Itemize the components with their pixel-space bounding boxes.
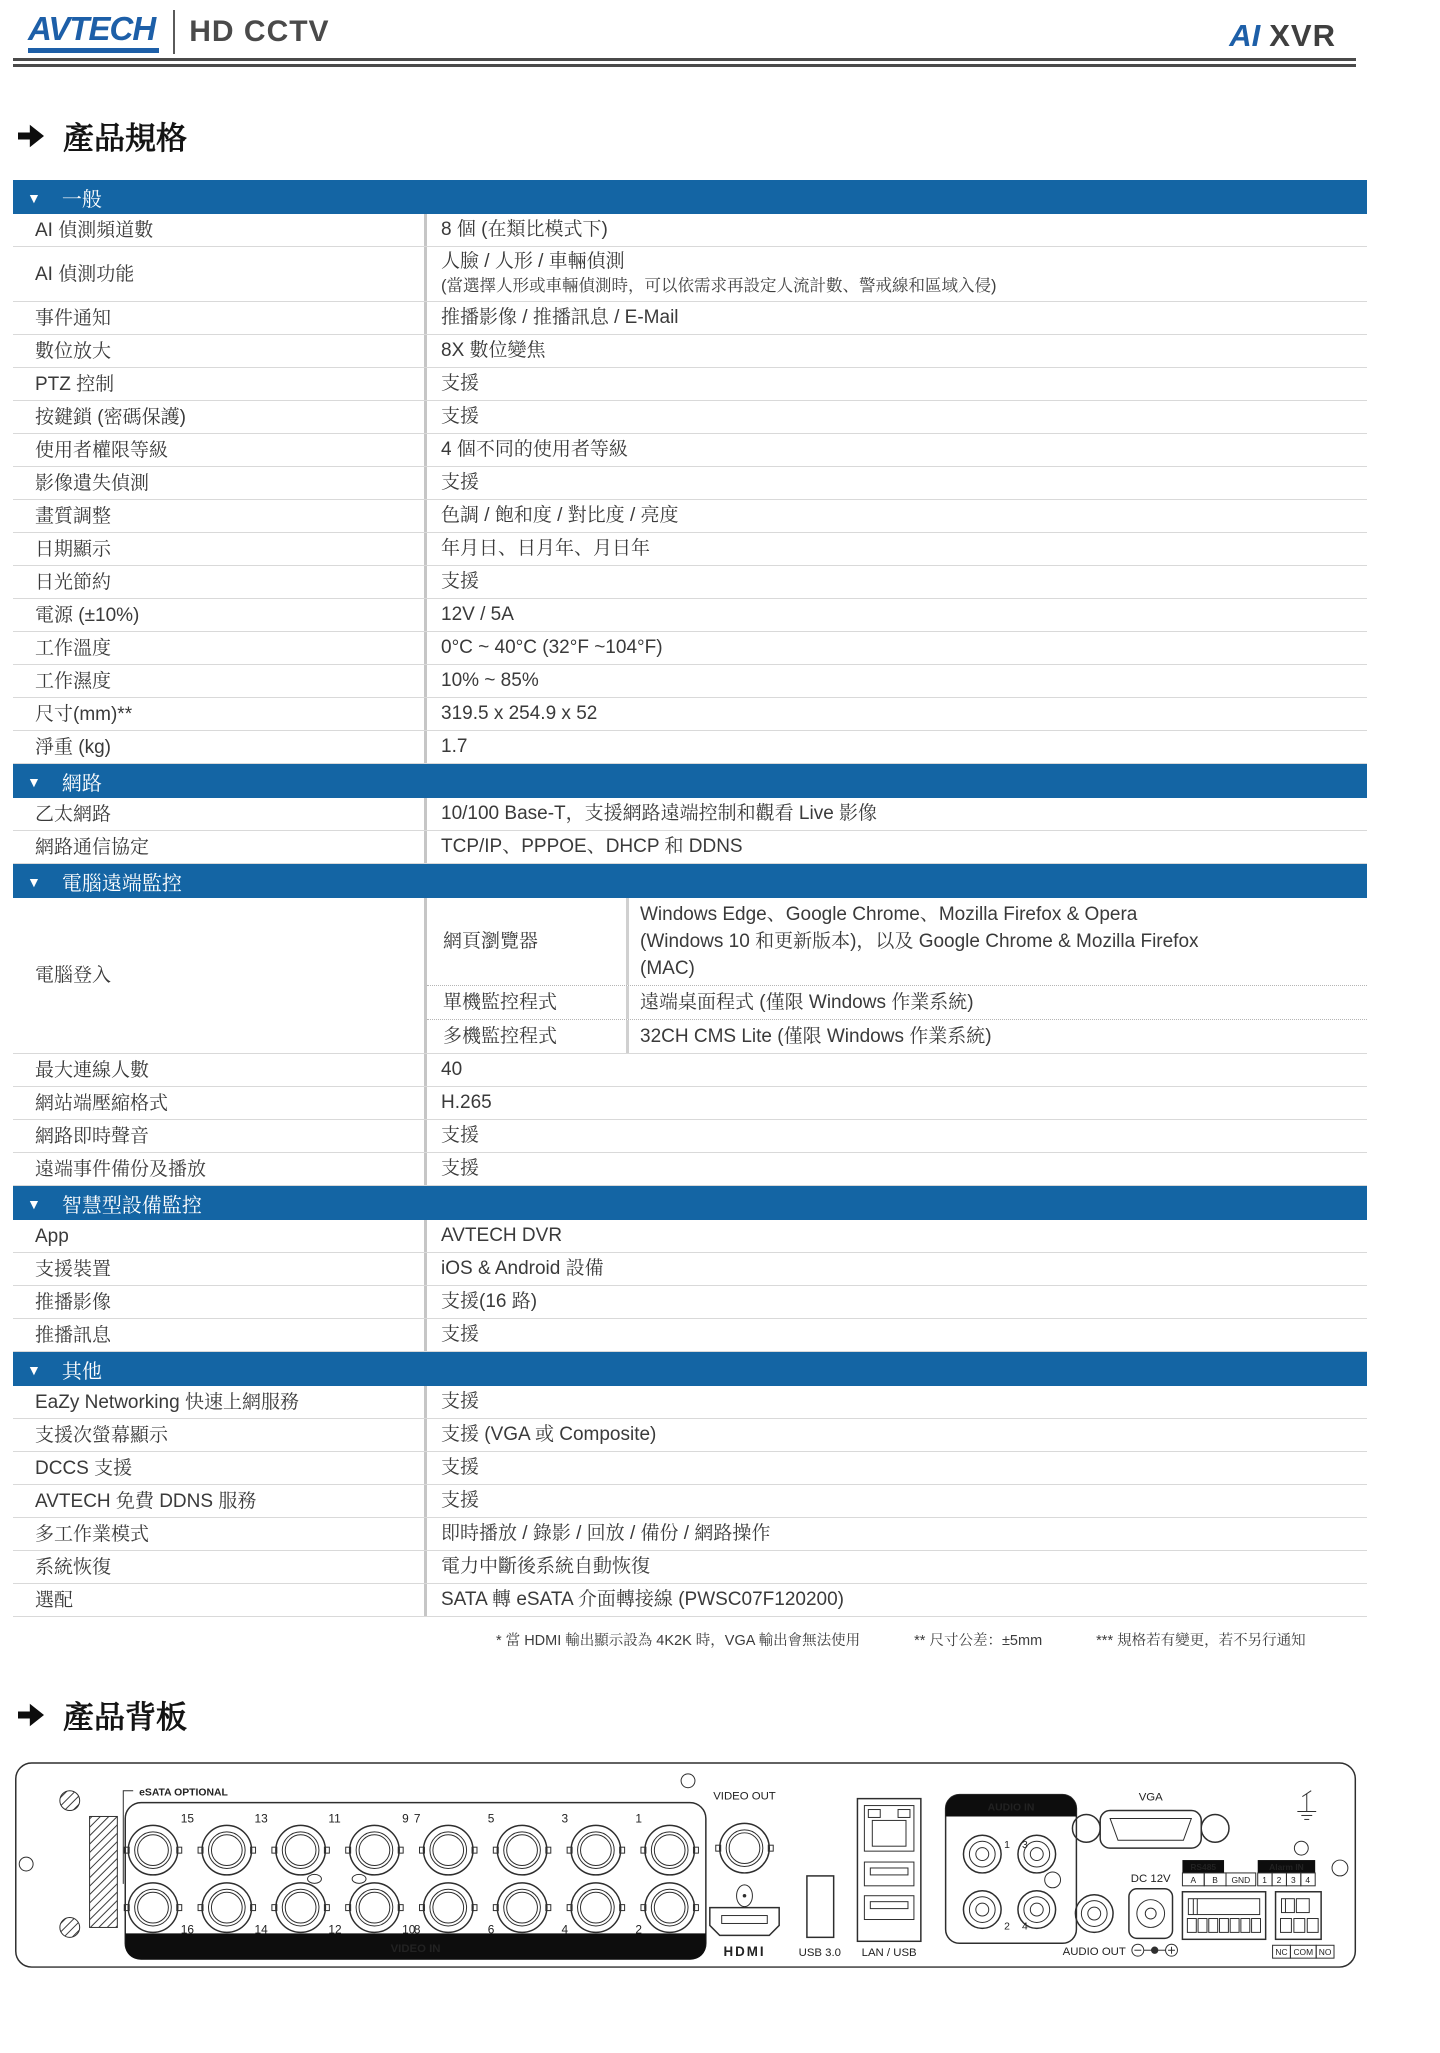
usb-port [864,1896,914,1920]
brand-logo: AVTECH HD CCTV [28,10,330,54]
spec-row: 使用者權限等級4 個不同的使用者等級 [13,434,1367,467]
terminal-pin [1198,1919,1207,1933]
footnote-1: * 當 HDMI 輸出顯示設為 4K2K 時，VGA 輸出會無法使用 [496,1629,860,1650]
spec-row-value: 支援 [427,1319,1367,1351]
spec-row-value: 支援 [427,467,1367,499]
spec-row-value: 支援 [427,1452,1367,1484]
bnc-ring [507,1835,538,1866]
bnc-ring [645,1883,695,1933]
bnc-ring [423,1883,473,1933]
bnc-ring [202,1883,252,1933]
avtech-logo: AVTECH [28,12,159,53]
audio-out-connector [1075,1895,1113,1933]
spec-row-value: 4 個不同的使用者等級 [427,434,1367,466]
spec-row: 日期顯示年月日、日月年、月日年 [13,533,1367,566]
spec-section-title-text: 智慧型設備監控 [62,1189,202,1218]
spec-row: 畫質調整色調 / 飽和度 / 對比度 / 亮度 [13,500,1367,533]
spec-row-label: 淨重 (kg) [13,731,427,763]
spec-row-label: 電腦登入 [13,898,427,1053]
alarm-pin-label: 2 [1277,1875,1282,1885]
spec-row-value-text: 支援 [441,371,1359,397]
spec-row-label: PTZ 控制 [13,368,427,400]
bnc-ring [282,1832,319,1869]
alarm-pin-label: 3 [1291,1875,1296,1885]
spec-row-value-text: 12V / 5A [441,602,1359,628]
usb3-label: USB 3.0 [799,1947,841,1959]
spec-row: AI 偵測功能人臉 / 人形 / 車輛偵測(當選擇人形或車輛偵測時，可以依需求再… [13,247,1367,302]
bnc-ring [211,1892,242,1923]
relay-pin [1307,1919,1318,1933]
ai-logo-text: AI [1229,18,1260,53]
spec-row-value: 支援 [427,401,1367,433]
spec-row-label: AVTECH 免費 DDNS 服務 [13,1485,427,1517]
bnc-ring [651,1889,688,1926]
audio-in-group [946,1795,1077,1944]
bnc-ring [571,1825,621,1875]
spec-row-value: 人臉 / 人形 / 車輛偵測(當選擇人形或車輛偵測時，可以依需求再設定人流計數、… [427,247,1367,301]
audio-channel-number: 4 [1022,1921,1028,1932]
spec-row-label: EaZy Networking 快速上網服務 [13,1386,427,1418]
spec-row-value: H.265 [427,1087,1367,1119]
spec-subrow-value: 32CH CMS Lite (僅限 Windows 作業系統) [629,1020,1356,1053]
spec-row-value-text: H.265 [441,1090,1359,1116]
spec-row-label: 最大連線人數 [13,1054,427,1086]
bnc-ring [430,1889,467,1926]
bnc-channel-number: 1 [635,1811,642,1825]
bnc-ring [497,1883,547,1933]
bnc-ring [135,1832,172,1869]
terminal-squares [1187,1919,1260,1933]
bnc-ring [507,1892,538,1923]
alarm-pins: 1234 [1258,1873,1315,1886]
spec-row-value: 10% ~ 85% [427,665,1367,697]
spec-row-value: 支援 [427,368,1367,400]
spec-row: 網路即時聲音支援 [13,1120,1367,1153]
polarity-icon [1132,1944,1178,1956]
spec-row: 乙太網路10/100 Base-T，支援網路遠端控制和觀看 Live 影像 [13,798,1367,831]
spec-row: AppAVTECH DVR [13,1220,1367,1253]
bnc-ring [504,1832,541,1869]
spec-row-label: 畫質調整 [13,500,427,532]
terminal-slot [1188,1899,1259,1915]
bnc-ring [359,1892,390,1923]
spec-row-value: 支援 [427,566,1367,598]
spec-row-value-text: 支援 [441,1488,1359,1514]
hdmi-port [710,1908,779,1936]
spec-row-label: 支援次螢幕顯示 [13,1419,427,1451]
bnc-ring [423,1825,473,1875]
mount-hole [1294,1841,1308,1855]
spec-row-label: 支援裝置 [13,1253,427,1285]
relay-pin [1281,1919,1292,1933]
spec-row-value: 年月日、日月年、月日年 [427,533,1367,565]
bnc-channel-number: 12 [328,1922,341,1936]
spec-row-value: 電力中斷後系統自動恢復 [427,1551,1367,1583]
section-marker-icon: ▼ [27,774,41,790]
relay-label: NO [1319,1947,1332,1957]
spec-row-label: DCCS 支援 [13,1452,427,1484]
spec-row-value-text: 支援 [441,1156,1359,1182]
alarm-in-label: Alarm IN [1269,1862,1304,1872]
footnote-2: ** 尺寸公差：±5mm [914,1629,1042,1650]
spec-subrow-label: 多機監控程式 [427,1020,629,1053]
spec-row-value-text: 319.5 x 254.9 x 52 [441,701,1359,727]
bnc-ring [581,1892,612,1923]
spec-subrow: 網頁瀏覽器Windows Edge、Google Chrome、Mozilla … [427,898,1367,986]
bnc-ring [356,1889,393,1926]
header-double-rule [13,58,1356,67]
spec-row-value: 0°C ~ 40°C (32°F ~104°F) [427,632,1367,664]
spec-row-label: 工作溫度 [13,632,427,664]
rear-section-title: 產品背板 [16,1692,1440,1737]
spec-row-value: SATA 轉 eSATA 介面轉接線 (PWSC07F120200) [427,1584,1367,1616]
rca-jack [976,1903,989,1916]
vent-hole [308,1874,322,1883]
usb-port-slot [870,1902,908,1909]
spec-row-label: 推播影像 [13,1286,427,1318]
spec-row-value-text: 支援 [441,569,1359,595]
bnc-ring [581,1835,612,1866]
hdmi-screw-dot [743,1894,747,1898]
spec-row-value-text: 支援 [441,1455,1359,1481]
spec-row-value-text: 支援 [441,1123,1359,1149]
rs485-pin-label: A [1191,1875,1197,1885]
audio-channel-number: 2 [1004,1921,1010,1932]
audio-out-label: AUDIO OUT [1063,1946,1126,1958]
spec-row: 工作溫度0°C ~ 40°C (32°F ~104°F) [13,632,1367,665]
bnc-ring [726,1830,763,1867]
spec-row: 推播影像支援(16 路) [13,1286,1367,1319]
spec-row-label: 尺寸(mm)** [13,698,427,730]
spec-row: 淨重 (kg)1.7 [13,731,1367,764]
spec-section-title-text: 電腦遠端監控 [62,867,182,896]
footnotes: * 當 HDMI 輸出顯示設為 4K2K 時，VGA 輸出會無法使用 ** 尺寸… [496,1629,1440,1650]
bnc-ring [356,1832,393,1869]
bnc-ring [350,1883,400,1933]
spec-row-label: AI 偵測功能 [13,247,427,301]
spec-row: 多工作業模式即時播放 / 錄影 / 回放 / 備份 / 網路操作 [13,1518,1367,1551]
spec-row-value-text: TCP/IP、PPPOE、DHCP 和 DDNS [441,834,1359,860]
bnc-field: 15131197531161412108642 [124,1811,698,1936]
spec-row: 電腦登入網頁瀏覽器Windows Edge、Google Chrome、Mozi… [13,898,1367,1054]
spec-row-label: 系統恢復 [13,1551,427,1583]
logo-divider [173,10,175,54]
bnc-ring [208,1889,245,1926]
spec-table: ▼一般AI 偵測頻道數8 個 (在類比模式下)AI 偵測功能人臉 / 人形 / … [13,180,1367,1617]
bnc-ring [208,1832,245,1869]
spec-row-value: 10/100 Base-T，支援網路遠端控制和觀看 Live 影像 [427,798,1367,830]
bnc-ring [651,1832,688,1869]
bnc-channel-number: 4 [562,1922,569,1936]
rs485-label: RS485 [1190,1862,1216,1872]
usb-port-slot [870,1868,908,1875]
bnc-ring [720,1823,770,1873]
spec-row-nested: 網頁瀏覽器Windows Edge、Google Chrome、Mozilla … [427,898,1367,1053]
terminal-pin [1241,1919,1250,1933]
spec-row-value-text: 支援(16 路) [441,1289,1359,1315]
spec-row: 按鍵鎖 (密碼保護)支援 [13,401,1367,434]
vga-connector [1100,1811,1201,1849]
section-marker-icon: ▼ [27,190,41,206]
spec-row-value: 支援(16 路) [427,1286,1367,1318]
rca-jack [969,1841,995,1867]
spec-row-value-text: AVTECH DVR [441,1223,1359,1249]
bnc-ring [497,1825,547,1875]
screw-icon [60,1918,80,1938]
spec-row-value: iOS & Android 設備 [427,1253,1367,1285]
spec-subrow-label: 網頁瀏覽器 [427,898,629,985]
spec-row-value-text: 10% ~ 85% [441,668,1359,694]
spec-row-label: 遠端事件備份及播放 [13,1153,427,1185]
spec-row-label: 網站端壓縮格式 [13,1087,427,1119]
rca-jack [976,1848,989,1861]
spec-section-bar: ▼一般 [13,180,1367,214]
spec-row-value-text: 8X 數位變焦 [441,338,1359,364]
spec-subrow-value: Windows Edge、Google Chrome、Mozilla Firef… [629,898,1356,985]
spec-row-value-text: 8 個 (在類比模式下) [441,217,1359,243]
dc-jack-ring [1137,1900,1165,1928]
spec-subrow-value: 遠端桌面程式 (僅限 Windows 作業系統) [629,986,1356,1019]
relay-labels: NCCOMNO [1273,1945,1334,1958]
bnc-ring [282,1889,319,1926]
spec-row-value-text: 1.7 [441,734,1359,760]
bnc-ring [285,1892,316,1923]
audio-hole [1045,1872,1061,1888]
bnc-ring [654,1835,685,1866]
bnc-ring [138,1835,169,1866]
rj45-body [872,1820,906,1846]
rj45-tab [898,1810,910,1818]
hdmi-label: HDMI [723,1944,765,1959]
relay-slot [1281,1899,1294,1913]
spec-row: 影像遺失偵測支援 [13,467,1367,500]
bnc-ring [285,1835,316,1866]
bnc-ring [350,1825,400,1875]
spec-row: 網站端壓縮格式H.265 [13,1087,1367,1120]
spec-row-value-text: 支援 [441,404,1359,430]
rca-jack [1030,1903,1043,1916]
bnc-ring [430,1832,467,1869]
gnd-label: GND [1232,1875,1251,1885]
rear-panel-diagram: eSATA OPTIONAL VIDEO IN 1513119753116141… [13,1759,1440,1979]
terminal-pin [1219,1919,1228,1933]
spec-row-label: 選配 [13,1584,427,1616]
audio-in-label: AUDIO IN [988,1803,1035,1814]
bnc-ring [578,1889,615,1926]
vga-label: VGA [1139,1792,1163,1804]
spec-row: 推播訊息支援 [13,1319,1367,1352]
bnc-channel-number: 5 [488,1811,495,1825]
spec-row-label: 日期顯示 [13,533,427,565]
audio-channel-number: 3 [1022,1840,1028,1851]
bnc-ring [433,1892,464,1923]
spec-row-label: 多工作業模式 [13,1518,427,1550]
spec-row-value-note: (當選擇人形或車輛偵測時，可以依需求再設定人流計數、警戒線和區域入侵) [441,275,1359,299]
spec-row-value-text: 年月日、日月年、月日年 [441,536,1359,562]
spec-row-label: 網路即時聲音 [13,1120,427,1152]
bnc-ring [645,1825,695,1875]
spec-row: 工作濕度10% ~ 85% [13,665,1367,698]
bnc-channel-number: 15 [181,1811,195,1825]
hdcctv-logo: HD CCTV [189,10,329,54]
spec-row: 支援裝置iOS & Android 設備 [13,1253,1367,1286]
terminal-pin [1230,1919,1239,1933]
spec-row-label: 使用者權限等級 [13,434,427,466]
bnc-ring [135,1889,172,1926]
video-in-label: VIDEO IN [391,1943,441,1955]
spec-row: 尺寸(mm)**319.5 x 254.9 x 52 [13,698,1367,731]
spec-row-label: 按鍵鎖 (密碼保護) [13,401,427,433]
spec-row-value-text: 0°C ~ 40°C (32°F ~104°F) [441,635,1359,661]
mount-hole [19,1857,33,1871]
terminal-pin [1252,1919,1261,1933]
spec-row-value: 色調 / 飽和度 / 對比度 / 亮度 [427,500,1367,532]
alarm-pin-label: 1 [1262,1875,1267,1885]
spec-row-value-text: iOS & Android 設備 [441,1256,1359,1282]
rca-jack [1024,1897,1050,1923]
mount-hole [1332,1860,1348,1876]
bnc-ring [276,1825,326,1875]
spec-row-value: 12V / 5A [427,599,1367,631]
bnc-ring [128,1825,178,1875]
bnc-ring [571,1883,621,1933]
mount-hole [681,1774,695,1788]
relay-slot [1296,1899,1309,1913]
dc-jack-pin [1145,1908,1156,1919]
spec-row-label: 日光節約 [13,566,427,598]
spec-row: 事件通知推播影像 / 推播訊息 / E-Mail [13,302,1367,335]
spec-row-value: 40 [427,1054,1367,1086]
product-logo: AIXVR [1229,18,1336,54]
spec-row: AVTECH 免費 DDNS 服務支援 [13,1485,1367,1518]
audio-channel-number: 1 [1004,1840,1010,1851]
vent-hole [352,1874,366,1883]
spec-row-label: AI 偵測頻道數 [13,214,427,246]
arrow-icon [16,1702,46,1728]
relay-squares [1281,1919,1319,1933]
rca-jack [1030,1848,1043,1861]
spec-row-label: 影像遺失偵測 [13,467,427,499]
spec-row: 網路通信協定TCP/IP、PPPOE、DHCP 和 DDNS [13,831,1367,864]
spec-row-label: 推播訊息 [13,1319,427,1351]
spec-row-value: 推播影像 / 推播訊息 / E-Mail [427,302,1367,334]
bnc-channel-number: 14 [255,1922,269,1936]
spec-row-label: 電源 (±10%) [13,599,427,631]
spec-row-value-text: 即時播放 / 錄影 / 回放 / 備份 / 網路操作 [441,1521,1359,1547]
bnc-ring [359,1835,390,1866]
bnc-channel-number: 8 [414,1922,421,1936]
usb-port [864,1862,914,1886]
hdmi-port-slot [722,1916,768,1924]
bnc-ring [211,1835,242,1866]
spec-row: 電源 (±10%)12V / 5A [13,599,1367,632]
relay-label: NC [1275,1947,1287,1957]
spec-row: 系統恢復電力中斷後系統自動恢復 [13,1551,1367,1584]
dc-jack [1129,1889,1173,1939]
usb3-port [807,1876,834,1937]
arrow-icon [16,123,46,149]
relay-label: COM [1293,1947,1313,1957]
spec-row: PTZ 控制支援 [13,368,1367,401]
bnc-ring [202,1825,252,1875]
rca-jack [1088,1907,1101,1920]
bnc-channel-number: 6 [488,1922,495,1936]
spec-row-value: 319.5 x 254.9 x 52 [427,698,1367,730]
spec-row-value-text: 4 個不同的使用者等級 [441,437,1359,463]
rca-jack [969,1897,995,1923]
bnc-ring [433,1835,464,1866]
spec-row-value-text: 推播影像 / 推播訊息 / E-Mail [441,305,1359,331]
spec-row-value-text: 支援 [441,470,1359,496]
spec-subrow: 單機監控程式遠端桌面程式 (僅限 Windows 作業系統) [427,986,1367,1020]
bnc-channel-number: 3 [562,1811,569,1825]
bnc-channel-number: 11 [328,1811,341,1825]
lan-usb-label: LAN / USB [862,1947,917,1959]
spec-section-bar: ▼其他 [13,1352,1367,1386]
screw-icon [60,1791,80,1811]
spec-subrow: 多機監控程式32CH CMS Lite (僅限 Windows 作業系統) [427,1020,1367,1053]
alarm-pin-label: 4 [1305,1875,1310,1885]
spec-subrow-label: 單機監控程式 [427,986,629,1019]
rca-jack [1081,1901,1107,1927]
relay-pin [1294,1919,1305,1933]
spec-row-value: 支援 [427,1485,1367,1517]
terminal-pin [1187,1919,1196,1933]
spec-row-value: 即時播放 / 錄影 / 回放 / 備份 / 網路操作 [427,1518,1367,1550]
video-out-connector [716,1823,773,1873]
vga-screw-ear [1201,1814,1229,1842]
spec-row-label: App [13,1220,427,1252]
rear-title-text: 產品背板 [63,1692,187,1737]
audio-in-jacks: 1324 [963,1835,1055,1932]
bnc-channel-number: 16 [181,1922,195,1936]
spec-row-label: 網路通信協定 [13,831,427,863]
page-header: AVTECH HD CCTV AIXVR [0,0,1440,56]
esata-label: eSATA OPTIONAL [139,1788,228,1799]
spec-row-value: TCP/IP、PPPOE、DHCP 和 DDNS [427,831,1367,863]
spec-row-value-text: SATA 轉 eSATA 介面轉接線 (PWSC07F120200) [441,1587,1359,1613]
spec-section-title-text: 網路 [62,767,102,796]
spec-row-value: 支援 (VGA 或 Composite) [427,1419,1367,1451]
video-out-label: VIDEO OUT [713,1791,776,1803]
spec-row: DCCS 支援支援 [13,1452,1367,1485]
spec-row-value-text: 10/100 Base-T，支援網路遠端控制和觀看 Live 影像 [441,801,1359,827]
spec-row-value-text: 色調 / 飽和度 / 對比度 / 亮度 [441,503,1359,529]
section-marker-icon: ▼ [27,1196,41,1212]
bnc-ring [729,1833,760,1864]
spec-row: 日光節約支援 [13,566,1367,599]
spec-row-value: 支援 [427,1386,1367,1418]
spec-section-bar: ▼電腦遠端監控 [13,864,1367,898]
spec-row: AI 偵測頻道數8 個 (在類比模式下) [13,214,1367,247]
footnote-3: *** 規格若有變更，若不另行通知 [1096,1629,1305,1650]
terminal-ticks [1193,1899,1197,1915]
bnc-channel-number: 13 [255,1811,269,1825]
bnc-ring [504,1889,541,1926]
esata-slot [90,1816,118,1927]
spec-row: 最大連線人數40 [13,1054,1367,1087]
rj45-port [864,1806,914,1852]
bnc-ring [654,1892,685,1923]
spec-row-label: 乙太網路 [13,798,427,830]
xvr-logo-text: XVR [1269,18,1336,53]
bnc-ring [138,1892,169,1923]
spec-row-value-text: 支援 [441,1389,1359,1415]
spec-section-title-text: 其他 [62,1355,102,1384]
spec-row-value-text: 支援 (VGA 或 Composite) [441,1422,1359,1448]
spec-row: 支援次螢幕顯示支援 (VGA 或 Composite) [13,1419,1367,1452]
spec-row-value: 支援 [427,1120,1367,1152]
